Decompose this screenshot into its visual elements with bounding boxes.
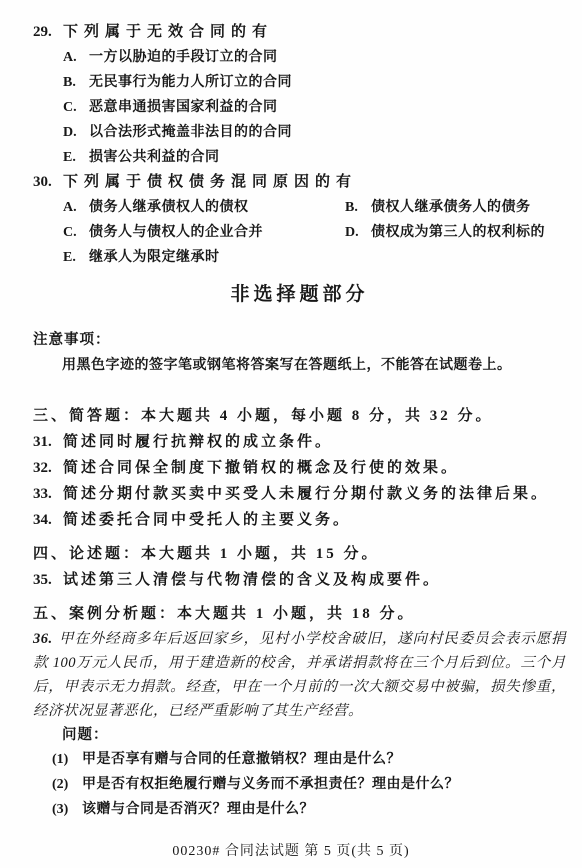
option-label: E. [63, 145, 89, 170]
section-case-analysis: 五、案例分析题：本大题共 1 小题，共 18 分。 36.甲在外经商多年后返回家… [33, 601, 566, 822]
case-subquestion-3: (3)该赠与合同是否消灭？理由是什么？ [52, 797, 566, 822]
question-number: 33. [33, 481, 63, 507]
question-31: 31.简述同时履行抗辩权的成立条件。 [33, 429, 566, 455]
option-label: C. [63, 220, 89, 245]
option-a: A.债务人继承债权人的债权 [63, 195, 345, 220]
option-text: 恶意串通损害国家利益的合同 [89, 100, 278, 115]
option-a: A.一方以胁迫的手段订立的合同 [63, 45, 566, 70]
section-header: 三、简答题：本大题共 4 小题，每小题 8 分，共 32 分。 [33, 403, 566, 429]
notice-title: 注意事项： [33, 328, 566, 353]
case-body: 甲在外经商多年后返回家乡，见村小学校舍破旧，遂向村民委员会表示愿捐款 100万元… [33, 631, 566, 719]
option-text: 一方以胁迫的手段订立的合同 [89, 50, 278, 65]
part-title: 非选择题部分 [33, 282, 566, 308]
question-29-options: A.一方以胁迫的手段订立的合同 B.无民事行为能力人所订立的合同 C.恶意串通损… [33, 45, 566, 170]
question-number: 29. [33, 20, 63, 45]
option-b: B.债权人继承债务人的债务 [345, 195, 566, 220]
question-30-stem-row: 30.下列属于债权债务混同原因的有 [33, 170, 566, 195]
case-subquestion-1: (1)甲是否享有赠与合同的任意撤销权？理由是什么？ [52, 747, 566, 772]
subquestion-text: 该赠与合同是否消灭？理由是什么？ [82, 802, 314, 817]
option-text: 债权成为第三人的权利标的 [371, 225, 545, 240]
option-d: D.债权成为第三人的权利标的 [345, 220, 566, 245]
option-text: 债务人继承债权人的债权 [89, 200, 249, 215]
question-number: 30. [33, 170, 63, 195]
option-text: 损害公共利益的合同 [89, 150, 220, 165]
subquestion-text: 甲是否有权拒绝履行赠与义务而不承担责任？理由是什么？ [82, 777, 459, 792]
page-footer: 00230# 合同法试题 第 5 页(共 5 页) [0, 840, 582, 860]
option-e: E.继承人为限定继承时 [63, 245, 345, 270]
option-c: C.债务人与债权人的企业合并 [63, 220, 345, 245]
question-35: 35.试述第三人清偿与代物清偿的含义及构成要件。 [33, 567, 566, 593]
case-subquestion-2: (2)甲是否有权拒绝履行赠与义务而不承担责任？理由是什么？ [52, 772, 566, 797]
section-header: 四、论述题：本大题共 1 小题，共 15 分。 [33, 541, 566, 567]
question-text: 简述合同保全制度下撤销权的概念及行使的效果。 [63, 460, 459, 476]
option-label: B. [63, 70, 89, 95]
question-text: 试述第三人清偿与代物清偿的含义及构成要件。 [63, 572, 441, 588]
subquestion-number: (2) [52, 772, 82, 797]
option-c: C.恶意串通损害国家利益的合同 [63, 95, 566, 120]
case-paragraph: 36.甲在外经商多年后返回家乡，见村小学校舍破旧，遂向村民委员会表示愿捐款 10… [33, 627, 566, 723]
notice: 注意事项： 用黑色字迹的签字笔或钢笔将答案写在答题纸上，不能答在试题卷上。 [33, 328, 566, 378]
question-29-stem-row: 29.下列属于无效合同的有 [33, 20, 566, 45]
option-label: E. [63, 245, 89, 270]
option-label: B. [345, 195, 371, 220]
question-number: 31. [33, 429, 63, 455]
question-30: 30.下列属于债权债务混同原因的有 A.债务人继承债权人的债权 B.债权人继承债… [33, 170, 566, 270]
option-label: D. [63, 120, 89, 145]
question-text: 简述委托合同中受托人的主要义务。 [63, 512, 351, 528]
subquestion-number: (1) [52, 747, 82, 772]
question-number: 35. [33, 567, 63, 593]
option-label: C. [63, 95, 89, 120]
option-label: D. [345, 220, 371, 245]
option-b: B.无民事行为能力人所订立的合同 [63, 70, 566, 95]
question-32: 32.简述合同保全制度下撤销权的概念及行使的效果。 [33, 455, 566, 481]
question-text: 简述同时履行抗辩权的成立条件。 [63, 434, 333, 450]
option-text: 无民事行为能力人所订立的合同 [89, 75, 292, 90]
option-text: 以合法形式掩盖非法目的的合同 [89, 125, 292, 140]
notice-body: 用黑色字迹的签字笔或钢笔将答案写在答题纸上，不能答在试题卷上。 [62, 353, 566, 378]
option-label: A. [63, 45, 89, 70]
case-questions-label: 问题： [62, 723, 566, 747]
question-stem: 下列属于无效合同的有 [63, 24, 273, 40]
question-30-options: A.债务人继承债权人的债权 B.债权人继承债务人的债务 C.债务人与债权人的企业… [63, 195, 566, 270]
subquestion-text: 甲是否享有赠与合同的任意撤销权？理由是什么？ [82, 752, 401, 767]
question-34: 34.简述委托合同中受托人的主要义务。 [33, 507, 566, 533]
section-essay: 四、论述题：本大题共 1 小题，共 15 分。 35.试述第三人清偿与代物清偿的… [33, 541, 566, 593]
question-number: 36. [33, 631, 53, 647]
option-e: E.损害公共利益的合同 [63, 145, 566, 170]
question-33: 33.简述分期付款买卖中买受人未履行分期付款义务的法律后果。 [33, 481, 566, 507]
option-text: 债务人与债权人的企业合并 [89, 225, 263, 240]
question-29: 29.下列属于无效合同的有 A.一方以胁迫的手段订立的合同 B.无民事行为能力人… [33, 20, 566, 170]
option-label: A. [63, 195, 89, 220]
question-stem: 下列属于债权债务混同原因的有 [63, 174, 357, 190]
exam-page: 29.下列属于无效合同的有 A.一方以胁迫的手段订立的合同 B.无民事行为能力人… [0, 0, 582, 868]
question-text: 简述分期付款买卖中买受人未履行分期付款义务的法律后果。 [63, 486, 549, 502]
question-number: 34. [33, 507, 63, 533]
option-text: 债权人继承债务人的债务 [371, 200, 531, 215]
section-short-answer: 三、简答题：本大题共 4 小题，每小题 8 分，共 32 分。 31.简述同时履… [33, 403, 566, 533]
section-header: 五、案例分析题：本大题共 1 小题，共 18 分。 [33, 601, 566, 627]
option-d: D.以合法形式掩盖非法目的的合同 [63, 120, 566, 145]
question-number: 32. [33, 455, 63, 481]
subquestion-number: (3) [52, 797, 82, 822]
option-text: 继承人为限定继承时 [89, 250, 220, 265]
